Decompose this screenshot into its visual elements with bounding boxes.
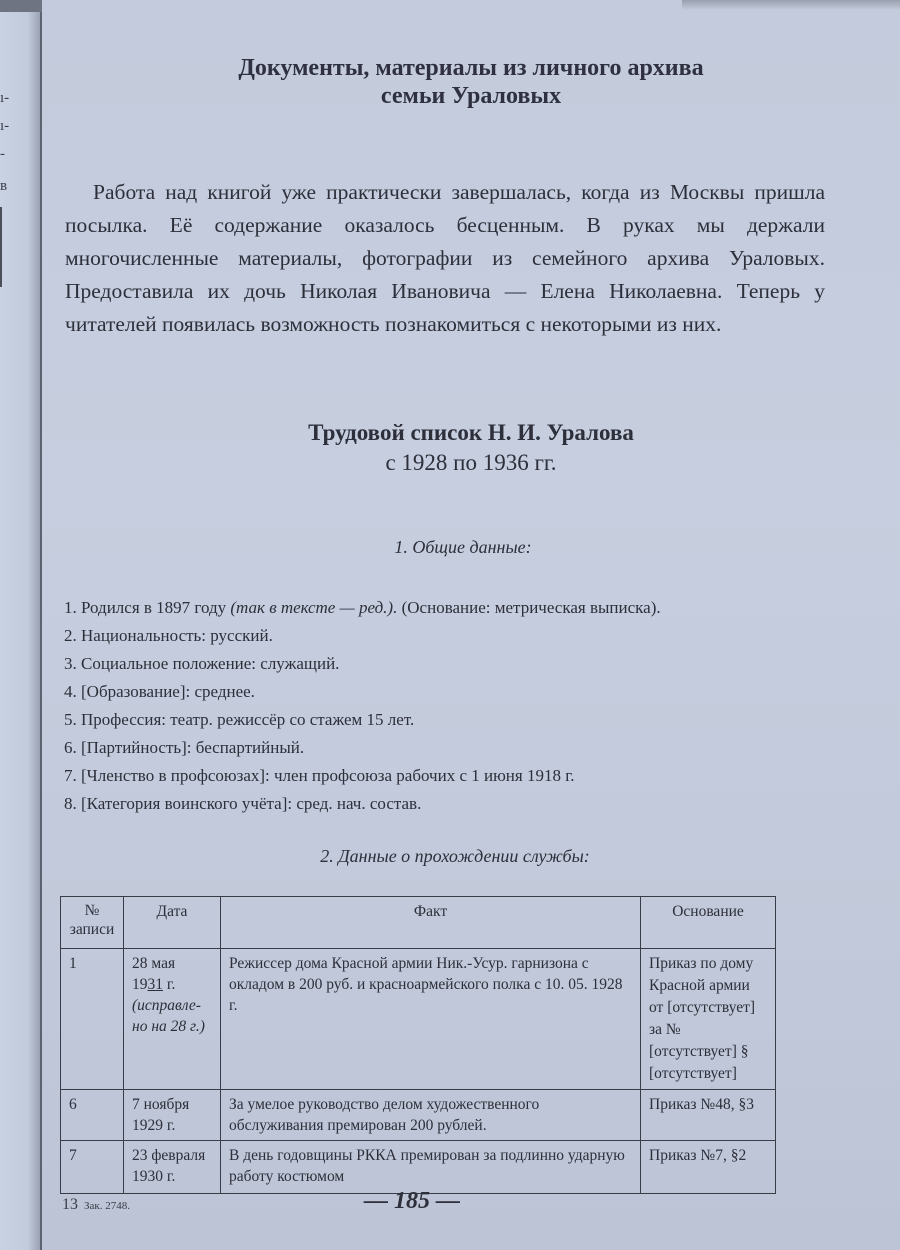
list-item: 4. [Образование]: среднее. [64, 678, 854, 706]
cell-fact: В день годовщины РККА премирован за подл… [221, 1141, 641, 1194]
left-page-fragment: в [0, 178, 7, 195]
cell-basis: Приказ №7, §2 [641, 1141, 776, 1194]
signature-number: 13 [62, 1196, 78, 1213]
cell-date: 7 ноября 1929 г. [124, 1090, 221, 1141]
list-item: 5. Профессия: театр. режиссёр со стажем … [64, 706, 854, 734]
cell-date: 28 мая 1931 г. (исправле-но на 28 г.) [124, 949, 221, 1090]
list-item: 2. Национальность: русский. [64, 622, 854, 650]
left-page-fragment: ı- [0, 90, 9, 107]
column-header-date: Дата [124, 897, 221, 949]
list-item: 7. [Членство в профсоюзах]: член профсою… [64, 762, 854, 790]
section-general-heading: 1. Общие данные: [34, 537, 892, 558]
table-row: 7 23 февраля 1930 г. В день годовщины РК… [61, 1141, 776, 1194]
cell-record-no: 7 [61, 1141, 124, 1194]
list-item: 3. Социальное положение: служащий. [64, 650, 854, 678]
list-item: 6. [Партийность]: беспартийный. [64, 734, 854, 762]
left-page-edge: ı- ı- - в [0, 12, 42, 1250]
cell-record-no: 6 [61, 1090, 124, 1141]
page-number: — 185 — [364, 1188, 460, 1215]
left-page-fragment: ı- [0, 118, 9, 135]
order-note: Зак. 2748. [84, 1200, 130, 1212]
printer-signature: 13Зак. 2748. [62, 1196, 130, 1214]
intro-paragraph: Работа над книгой уже практически заверш… [65, 176, 825, 341]
service-table: № записи Дата Факт Основание 1 28 мая 19… [60, 896, 776, 1194]
work-record-title: Трудовой список Н. И. Уралова с 1928 по … [42, 418, 900, 478]
left-page-fragment: - [0, 146, 5, 163]
page-shadow [682, 0, 900, 10]
list-item: 8. [Категория воинского учёта]: сред. на… [64, 790, 854, 818]
table-row: 6 7 ноября 1929 г. За умелое руководство… [61, 1090, 776, 1141]
date-correction-note: (исправле-но на 28 г.) [132, 995, 212, 1037]
cell-fact: Режиссер дома Красной армии Ник.-Усур. г… [221, 949, 641, 1090]
cell-record-no: 1 [61, 949, 124, 1090]
page-title-line1: Документы, материалы из личного архива [42, 54, 900, 82]
work-record-title-line2: с 1928 по 1936 гг. [385, 450, 556, 475]
cell-fact: За умелое руководство делом художественн… [221, 1090, 641, 1141]
book-page: Документы, материалы из личного архива с… [42, 0, 900, 1250]
list-item: 1. Родился в 1897 году (так в тексте — р… [64, 594, 854, 622]
cell-basis: Приказ по дому Красной армии от [отсутст… [641, 949, 776, 1090]
left-page-box-edge [0, 207, 2, 287]
cell-basis: Приказ №48, §3 [641, 1090, 776, 1141]
page-title-line2: семьи Ураловых [42, 82, 900, 110]
column-header-record-no: № записи [61, 897, 124, 949]
column-header-basis: Основание [641, 897, 776, 949]
general-data-list: 1. Родился в 1897 году (так в тексте — р… [64, 594, 854, 818]
table-row: 1 28 мая 1931 г. (исправле-но на 28 г.) … [61, 949, 776, 1090]
column-header-fact: Факт [221, 897, 641, 949]
intro-text: Работа над книгой уже практически заверш… [65, 176, 825, 341]
table-header-row: № записи Дата Факт Основание [61, 897, 776, 949]
cell-date: 23 февраля 1930 г. [124, 1141, 221, 1194]
page-title: Документы, материалы из личного архива с… [42, 54, 900, 110]
work-record-title-line1: Трудовой список Н. И. Уралова [42, 418, 900, 448]
section-service-heading: 2. Данные о прохождении службы: [26, 846, 884, 867]
